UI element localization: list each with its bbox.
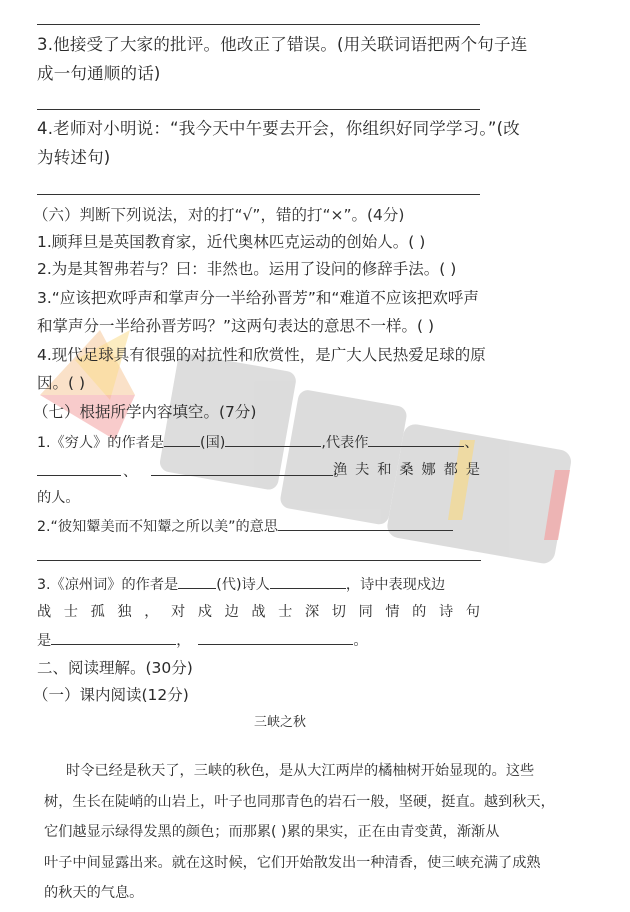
spread-text: 渔 夫 和 桑 娜 都 是 [333, 459, 480, 481]
passage-line-2: 树，生长在陡峭的山岩上，叶子也同那青色的岩石一般，坚硬，挺直。越到秋天， [44, 792, 555, 812]
fill-item-3-line1: 3.《凉州词》的作者是(代)诗人，诗中表现戍边 [37, 572, 483, 596]
question-3-rewrite-line1: 3.他接受了大家的批评。他改正了错误。(用关联词语把两个句子连 [37, 34, 527, 56]
blank-author-country[interactable] [164, 430, 200, 447]
judge-item-3-line2: 和掌声分一半给孙晋芳吗？”这两句表达的意思不一样。( ) [37, 315, 434, 337]
representative-work-label: ,代表作 [321, 435, 368, 451]
blank-poet[interactable] [270, 572, 346, 589]
answer-line[interactable] [37, 24, 480, 25]
fill-item-3-prefix: 3.《凉州词》的作者是 [37, 577, 178, 593]
fill-item-3-rest: ，诗中表现戍边 [346, 577, 445, 593]
blank-work-3[interactable] [151, 459, 333, 476]
passage-line-1: 时令已经是秋天了，三峡的秋色，是从大江两岸的橘柚树开始显现的。这些 [66, 761, 534, 781]
dynasty-label: (代)诗人 [216, 577, 270, 593]
part-2-sub-heading: （一）课内阅读(12分) [33, 684, 189, 706]
blank-work-1[interactable] [368, 430, 464, 447]
blank-dynasty[interactable] [178, 572, 216, 589]
section-7-heading: （七）根据所学内容填空。(7分) [33, 401, 256, 423]
fill-item-3-line3: 是，。 [37, 628, 368, 652]
passage-title: 三峡之秋 [0, 713, 560, 733]
question-4-rewrite-line2: 为转述句) [37, 147, 110, 169]
answer-line[interactable] [37, 194, 480, 195]
blank-work-2[interactable] [37, 459, 121, 476]
judge-item-1: 1.顾拜旦是英国教育家，近代奥林匹克运动的创始人。( ) [37, 231, 425, 253]
judge-item-2: 2.为是其智弗若与？曰：非然也。运用了设问的修辞手法。( ) [37, 258, 456, 280]
fill-item-2-prefix: 2.“彼知颦美而不知颦之所以美”的意思 [37, 519, 278, 535]
judge-item-4-line1: 4.现代足球具有很强的对抗性和欣赏性，是广大人民热爱足球的原 [37, 344, 486, 366]
fill-item-3-line2: 战 士 孤 独 ， 对 戍 边 战 士 深 切 同 情 的 诗 句 [37, 601, 480, 623]
passage-line-4: 叶子中间显露出来。就在这时候，它们开始散发出一种清香，使三峡充满了成熟 [44, 853, 541, 873]
judge-item-3-line1: 3.“应该把欢呼声和掌声分一半给孙晋芳”和“难道不应该把欢呼声 [37, 287, 479, 309]
blank-poem-line-2[interactable] [198, 628, 353, 645]
exam-page: 3.他接受了大家的批评。他改正了错误。(用关联词语把两个句子连 成一句通顺的话)… [0, 0, 630, 912]
blank-poem-line-1[interactable] [51, 628, 176, 645]
fill-item-1-line2: 、。 渔 夫 和 桑 娜 都 是 [37, 459, 480, 483]
question-3-rewrite-line2: 成一句通顺的话) [37, 63, 161, 85]
question-4-rewrite-line1: 4.老师对小明说：“我今天中午要去开会，你组织好同学学习。”(改 [37, 118, 520, 140]
section-6-heading: （六）判断下列说法，对的打“√”，错的打“×”。(4分) [33, 204, 404, 226]
blank-meaning-1[interactable] [278, 514, 453, 531]
blank-meaning-2[interactable] [37, 560, 481, 561]
separator: 、 [123, 464, 137, 480]
part-2-heading: 二、阅读理解。(30分) [37, 657, 193, 679]
separator: 、 [464, 435, 478, 451]
judge-item-4-line2: 因。( ) [37, 372, 85, 394]
fill-item-2: 2.“彼知颦美而不知颦之所以美”的意思 [37, 514, 483, 538]
fill-item-1-line1: 1.《穷人》的作者是(国),代表作、 [37, 430, 483, 454]
passage-line-5: 的秋天的气息。 [44, 883, 143, 903]
answer-line[interactable] [37, 109, 480, 110]
passage-line-3: 它们越显示绿得发黑的颜色；而那累( )累的果实，正在由青变黄，渐渐从 [44, 822, 499, 842]
country-label: (国) [200, 435, 225, 451]
fill-item-1-line3: 的人。 [37, 487, 80, 509]
fill-item-1-prefix: 1.《穷人》的作者是 [37, 435, 164, 451]
blank-author-name[interactable] [225, 430, 321, 447]
